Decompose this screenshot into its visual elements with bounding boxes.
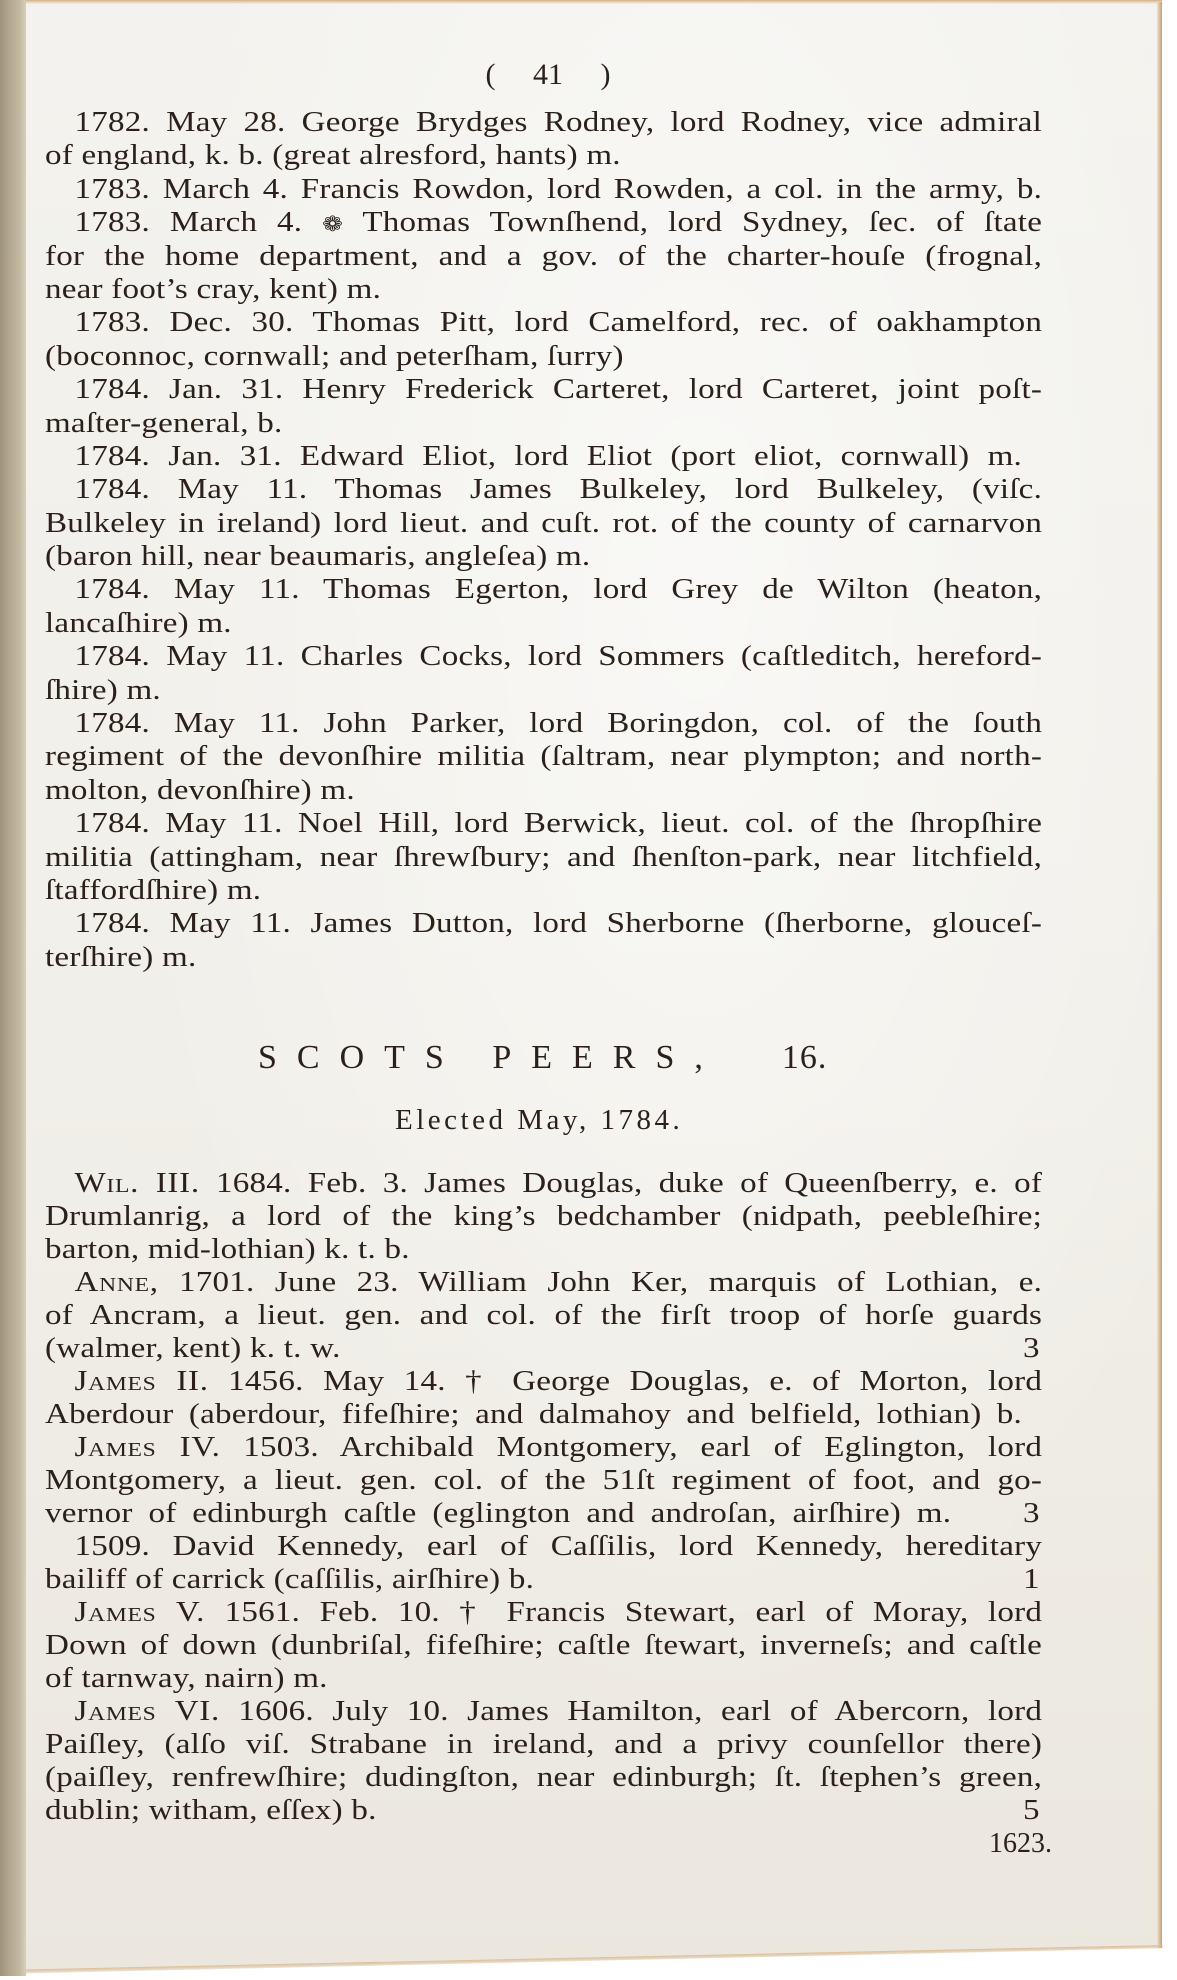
peer-entry: 1783. March 4. ❁ Thomas Townſhend, lord … [45,206,1042,306]
flower-ornament-icon: ❁ [322,212,343,236]
peers-list: 1782. May 28. George Brydges Rodney, lor… [45,106,1042,974]
entry-line: 1783. March 4. Francis Rowdon, lord Rowd… [45,173,1042,206]
entry-line: of tarnway, nairn) m. [45,1662,1042,1695]
entry-line: 1783. Dec. 30. Thomas Pitt, lord Camelfo… [45,306,1042,339]
peer-entry: 1784. May 11. Thomas Egerton, lord Grey … [45,573,1042,640]
entry-reign: Wil. III. [75,1168,200,1199]
entry-line: 1509. David Kennedy, earl of Caſſilis, l… [45,1530,1042,1563]
entry-line: for the home department, and a gov. of t… [45,240,1042,273]
entry-reign: James V. [75,1597,206,1628]
entry-line: bailiff of carrick (caſſilis, airſhire) … [45,1563,1042,1596]
peer-entry: 1783. Dec. 30. Thomas Pitt, lord Camelfo… [45,306,1042,373]
entry-line: 1784. Jan. 31. Henry Frederick Carteret,… [45,373,1042,406]
peer-entry: James VI. 1606. July 10. James Hamilton,… [45,1695,1042,1827]
entry-line: Wil. III. 1684. Feb. 3. James Douglas, d… [45,1167,1042,1200]
entry-line: 1784. Jan. 31. Edward Eliot, lord Eliot … [45,440,1042,473]
entry-line: Paiſley, (alſo viſ. Strabane in ireland,… [45,1728,1042,1761]
entry-line: regiment of the devonſhire militia (ſalt… [45,740,1042,773]
entry-date: 1783. March 4. [75,207,303,238]
entry-line: Down of down (dunbriſal, fifeſhire; caſt… [45,1629,1042,1662]
entry-line: 1783. March 4. ❁ Thomas Townſhend, lord … [45,206,1042,239]
section-heading: SCOTS PEERS,16. [258,1038,827,1078]
entry-line: James IV. 1503. Archibald Montgomery, ea… [45,1431,1042,1464]
peer-entry: Anne, 1701. June 23. William John Ker, m… [45,1266,1042,1365]
entry-reign: James VI. [75,1696,220,1727]
entry-line: James II. 1456. May 14. † George Douglas… [45,1365,1042,1398]
page-right-edge [1157,2,1162,1948]
page-number: ( 41 ) [0,57,1096,93]
entry-text: dublin; witham, eſſex) b. [45,1795,377,1826]
entry-line: molton, devonſhire) m. [45,774,1042,807]
entry-text: bailiff of carrick (caſſilis, airſhire) … [45,1564,534,1595]
entry-text: 1456. May 14. † George Douglas, e. of Mo… [228,1366,1042,1397]
entry-line: Anne, 1701. June 23. William John Ker, m… [45,1266,1042,1299]
entry-line: of england, k. b. (great alresford, hant… [45,139,1042,172]
entry-line: (walmer, kent) k. t. w.3 [45,1332,1042,1365]
peer-entry: 1782. May 28. George Brydges Rodney, lor… [45,106,1042,173]
peer-entry: 1509. David Kennedy, earl of Caſſilis, l… [45,1530,1042,1596]
entry-line: Drumlanrig, a lord of the king’s bedcham… [45,1200,1042,1233]
entry-line: lancaſhire) m. [45,607,1042,640]
entry-line: (baron hill, near beaumaris, angleſea) m… [45,540,1042,573]
entry-line: James VI. 1606. July 10. James Hamilton,… [45,1695,1042,1728]
entry-line: 1784. May 11. Thomas Egerton, lord Grey … [45,573,1042,606]
page-top-edge [20,0,1162,4]
entry-line: 1784. May 11. John Parker, lord Boringdo… [45,707,1042,740]
catchword: 1623. [989,1827,1052,1860]
margin-number: 1 [1023,1563,1040,1596]
entry-line: barton, mid-lothian) k. t. b. [45,1233,1042,1266]
peer-entry: 1784. Jan. 31. Henry Frederick Carteret,… [45,373,1042,440]
entry-reign: Anne, [75,1267,159,1298]
entry-line: (boconnoc, cornwall; and peterſham, ſurr… [45,340,1042,373]
entry-line: ſhire) m. [45,674,1042,707]
entry-line: ſtaffordſhire) m. [45,874,1042,907]
entry-line: near foot’s cray, kent) m. [45,273,1042,306]
peer-entry: James II. 1456. May 14. † George Douglas… [45,1365,1042,1431]
entry-line: (paiſley, renfrewſhire; dudingſton, near… [45,1761,1042,1794]
entry-reign: James IV. [75,1432,221,1463]
section-subheading: Elected May, 1784. [395,1103,683,1137]
section-count: 16. [782,1039,828,1076]
entry-line: 1784. May 11. Thomas James Bulkeley, lor… [45,473,1042,506]
peer-entry: James IV. 1503. Archibald Montgomery, ea… [45,1431,1042,1530]
entry-text: 1684. Feb. 3. James Douglas, duke of Que… [216,1168,1042,1199]
entry-line: James V. 1561. Feb. 10. † Francis Stewar… [45,1596,1042,1629]
entry-text: 1561. Feb. 10. † Francis Stewart, earl o… [225,1597,1043,1628]
peer-entry: 1784. May 11. Charles Cocks, lord Sommer… [45,640,1042,707]
entry-line: Aberdour (aberdour, fifeſhire; and dalma… [45,1398,1042,1431]
entry-line: 1784. May 11. James Dutton, lord Sherbor… [45,907,1042,940]
book-spine-gutter [0,0,26,1976]
entry-line: 1784. May 11. Noel Hill, lord Berwick, l… [45,807,1042,840]
entry-line: of Ancram, a lieut. gen. and col. of the… [45,1299,1042,1332]
entry-line: terſhire) m. [45,941,1042,974]
peer-entry: 1784. Jan. 31. Edward Eliot, lord Eliot … [45,440,1042,473]
entry-line: maſter-general, b. [45,407,1042,440]
margin-number: 5 [1023,1794,1040,1827]
peer-entry: 1784. May 11. John Parker, lord Boringdo… [45,707,1042,807]
entry-text: vernor of edinburgh caſtle (eglington an… [45,1498,951,1529]
entry-text: (walmer, kent) k. t. w. [45,1333,341,1364]
scots-peers-list: Wil. III. 1684. Feb. 3. James Douglas, d… [45,1167,1042,1827]
peer-entry: 1784. May 11. James Dutton, lord Sherbor… [45,907,1042,974]
entry-line: 1782. May 28. George Brydges Rodney, lor… [45,106,1042,139]
entry-line: dublin; witham, eſſex) b.5 [45,1794,1042,1827]
entry-line: Bulkeley in ireland) lord lieut. and cuſ… [45,507,1042,540]
entry-text: Thomas Townſhend, lord Sydney, ſec. of ſ… [362,207,1042,238]
margin-number: 3 [1023,1332,1040,1365]
peer-entry: Wil. III. 1684. Feb. 3. James Douglas, d… [45,1167,1042,1266]
entry-line: militia (attingham, near ſhrewſbury; and… [45,841,1042,874]
section-title: SCOTS PEERS, [258,1039,723,1076]
entry-line: vernor of edinburgh caſtle (eglington an… [45,1497,1042,1530]
entry-text: 1606. July 10. James Hamilton, earl of A… [238,1696,1042,1727]
entry-reign: James II. [75,1366,209,1397]
peer-entry: 1784. May 11. Thomas James Bulkeley, lor… [45,473,1042,573]
peer-entry: James V. 1561. Feb. 10. † Francis Stewar… [45,1596,1042,1695]
entry-line: Montgomery, a lieut. gen. col. of the 51… [45,1464,1042,1497]
peer-entry: 1783. March 4. Francis Rowdon, lord Rowd… [45,173,1042,206]
entry-line: 1784. May 11. Charles Cocks, lord Sommer… [45,640,1042,673]
margin-number: 3 [1023,1497,1040,1530]
entry-text: 1701. June 23. William John Ker, marquis… [179,1267,1042,1298]
entry-text: 1503. Archibald Montgomery, earl of Egli… [243,1432,1042,1463]
peer-entry: 1784. May 11. Noel Hill, lord Berwick, l… [45,807,1042,907]
